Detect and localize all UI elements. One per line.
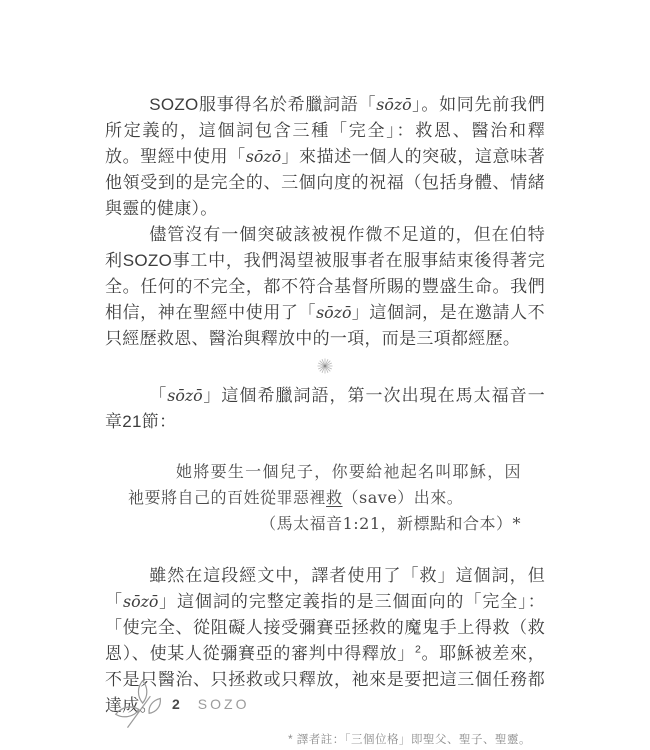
scripture-quote-text: 她將要生一個兒子，你要給祂起名叫耶穌，因祂要將自己的百姓從罪惡裡救（save）出… — [128, 459, 521, 511]
page-footer: 2 SOZO — [112, 678, 249, 730]
body-text: SOZO服事得名於希臘詞語「sōzō」。如同先前我們所定義的，這個詞包含三種「完… — [105, 92, 545, 747]
section-divider — [105, 357, 545, 377]
book-title: SOZO — [198, 696, 250, 712]
intro-line: 「sōzō」這個希臘詞語，第一次出現在馬太福音一章21節： — [105, 383, 545, 435]
paragraph-1: SOZO服事得名於希臘詞語「sōzō」。如同先前我們所定義的，這個詞包含三種「完… — [105, 92, 545, 222]
scripture-quote-citation: （馬太福音1:21，新標點和合本）* — [128, 511, 521, 537]
scripture-quote: 她將要生一個兒子，你要給祂起名叫耶穌，因祂要將自己的百姓從罪惡裡救（save）出… — [128, 459, 521, 537]
page-number: 2 — [172, 696, 180, 712]
leaf-branch-icon — [112, 678, 164, 730]
snowflake-asterisk-icon — [316, 357, 334, 375]
paragraph-2: 儘管沒有一個突破該被視作微不足道的，但在伯特利SOZO事工中，我們渴望被服事者在… — [105, 222, 545, 352]
book-page: SOZO服事得名於希臘詞語「sōzō」。如同先前我們所定義的，這個詞包含三種「完… — [0, 0, 650, 750]
translator-footnote: * 譯者註：「三個位格」即聖父、聖子、聖靈。 — [105, 731, 531, 747]
